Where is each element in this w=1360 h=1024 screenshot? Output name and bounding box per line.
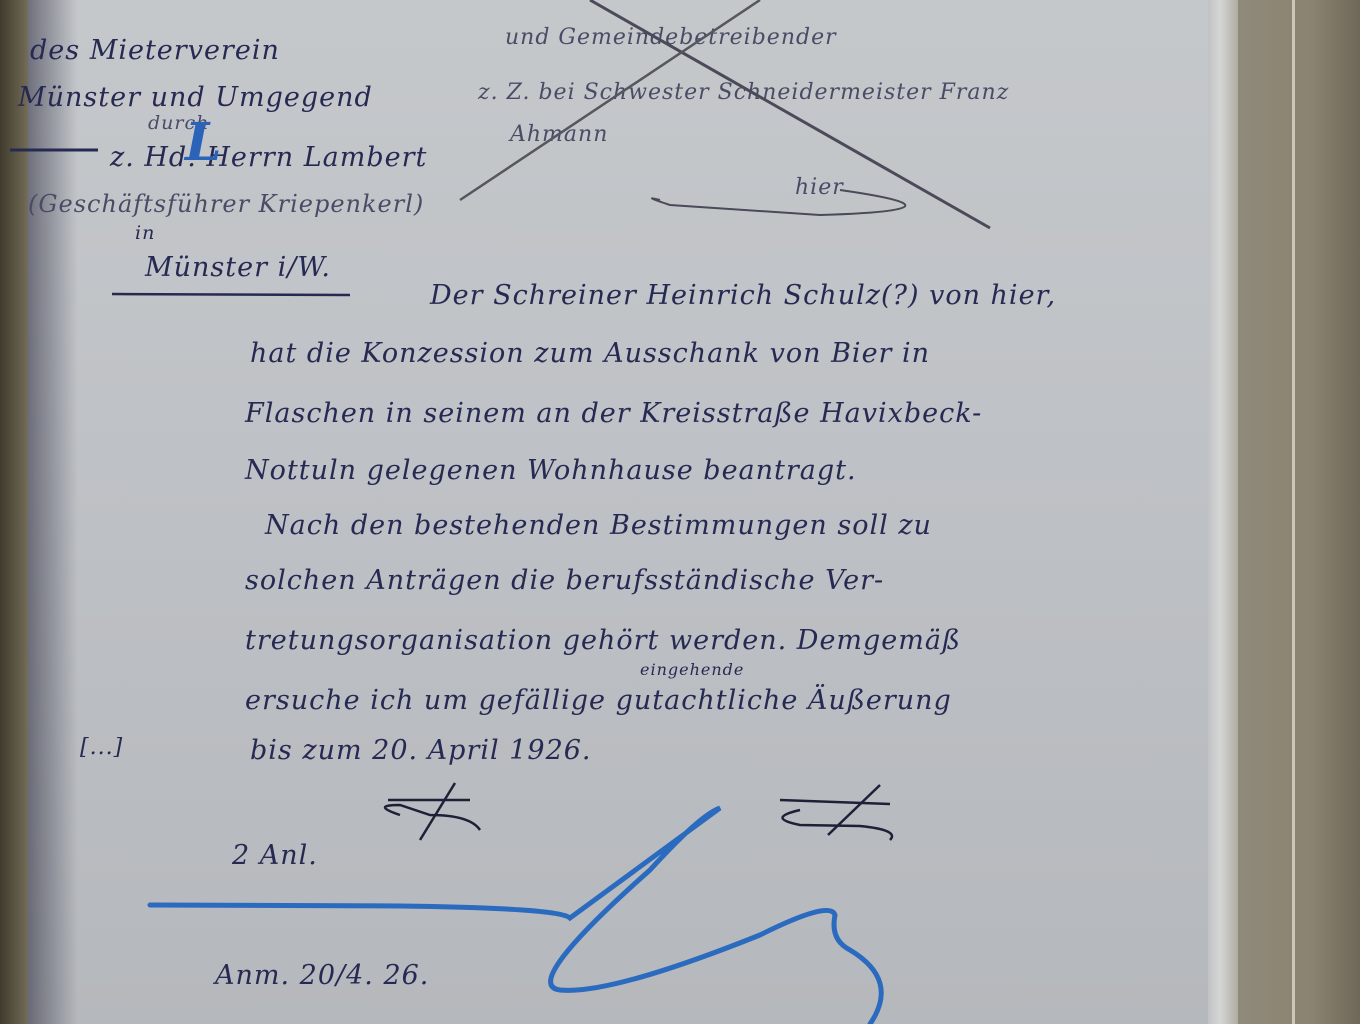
blue-annotation: L	[185, 112, 223, 173]
enclosure-note: 2 Anl.	[232, 840, 318, 871]
struck-line: hier	[795, 175, 844, 200]
address-line: des Mieterverein	[30, 35, 280, 66]
body-line: hat die Konzession zum Ausschank von Bie…	[250, 338, 930, 369]
address-line: in	[135, 222, 155, 244]
body-line: Der Schreiner Heinrich Schulz(?) von hie…	[430, 280, 1056, 311]
footer-note: Anm. 20/4. 26.	[215, 960, 429, 991]
body-line: solchen Anträgen die berufsständische Ve…	[245, 565, 884, 596]
margin-note: [...]	[80, 735, 123, 760]
struck-line: Ahmann	[510, 122, 608, 147]
body-line: Nottuln gelegenen Wohnhause beantragt.	[245, 455, 857, 486]
adjacent-pages	[1238, 0, 1360, 1024]
page-edge	[1208, 0, 1238, 1024]
address-line: Münster i/W.	[145, 252, 331, 283]
address-line: z. Hd. Herrn Lambert	[110, 142, 427, 173]
body-line: ersuche ich um gefällige gutachtliche Äu…	[245, 685, 952, 716]
page-edge-line	[1292, 0, 1295, 1024]
address-line: Münster und Umgegend	[18, 82, 373, 113]
interlinear-insert: eingehende	[640, 660, 744, 679]
struck-line: und Gemeindebetreibender	[505, 25, 837, 50]
body-line: Flaschen in seinem an der Kreisstraße Ha…	[245, 398, 982, 429]
body-line: bis zum 20. April 1926.	[250, 735, 592, 766]
body-line: Nach den bestehenden Bestimmungen soll z…	[265, 510, 932, 541]
address-line: (Geschäftsführer Kriepenkerl)	[28, 190, 424, 218]
body-line: tretungsorganisation gehört werden. Demg…	[245, 625, 961, 656]
page-gutter-shadow	[28, 0, 78, 1024]
struck-line: z. Z. bei Schwester Schneidermeister Fra…	[478, 80, 1009, 105]
